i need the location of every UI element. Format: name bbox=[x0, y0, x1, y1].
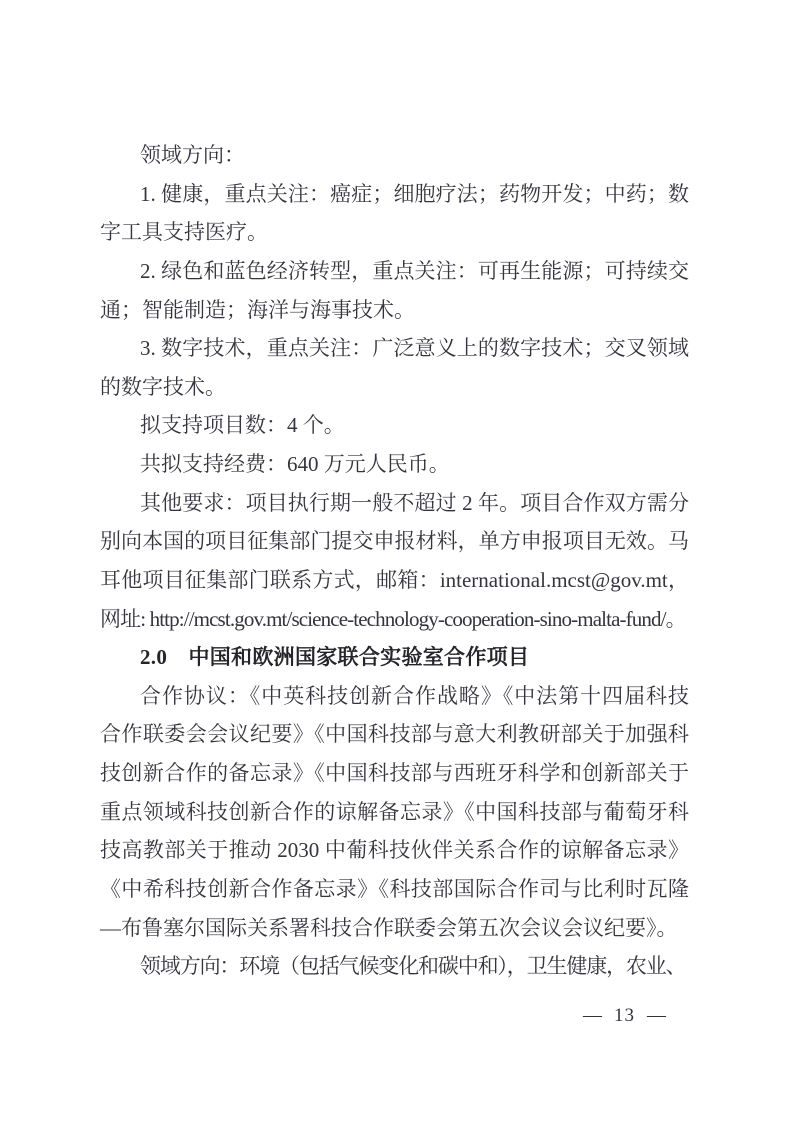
section-heading: 2.0 中国和欧洲国家联合实验室合作项目 bbox=[100, 638, 689, 677]
page-number-dash-left: — bbox=[583, 1003, 602, 1029]
text-line: 合作联委会会议纪要》《中国科技部与意大利教研部关于加强科 bbox=[100, 715, 689, 754]
paragraph: 合作协议：《中英科技创新合作战略》《中法第十四届科技合作联委会会议纪要》《中国科… bbox=[100, 677, 689, 947]
page-footer: — 13 — bbox=[583, 1003, 666, 1029]
text-line: 别向本国的项目征集部门提交申报材料，单方申报项目无效。马 bbox=[100, 522, 689, 561]
paragraph: 领域方向： bbox=[100, 136, 689, 175]
paragraph: 2. 绿色和蓝色经济转型，重点关注：可再生能源；可持续交通；智能制造；海洋与海事… bbox=[100, 252, 689, 329]
paragraph: 拟支持项目数：4 个。 bbox=[100, 406, 689, 445]
text-line: 共拟支持经费：640 万元人民币。 bbox=[100, 445, 689, 484]
paragraph: 领域方向：环境（包括气候变化和碳中和），卫生健康，农业、 bbox=[100, 947, 689, 986]
text-line: 耳他项目征集部门联系方式，邮箱：international.mcst@gov.m… bbox=[100, 561, 689, 600]
page-number: 13 bbox=[614, 1003, 635, 1029]
text-line: 3. 数字技术，重点关注：广泛意义上的数字技术；交叉领域 bbox=[100, 329, 689, 368]
text-line: 技创新合作的备忘录》《中国科技部与西班牙科学和创新部关于 bbox=[100, 754, 689, 793]
text-line: 2.0 中国和欧洲国家联合实验室合作项目 bbox=[100, 638, 689, 677]
text-line: 领域方向：环境（包括气候变化和碳中和），卫生健康，农业、 bbox=[100, 947, 689, 986]
text-line: 的数字技术。 bbox=[100, 368, 689, 407]
text-line: 重点领域科技创新合作的谅解备忘录》《中国科技部与葡萄牙科 bbox=[100, 793, 689, 832]
paragraph: 1. 健康，重点关注：癌症；细胞疗法；药物开发；中药；数字工具支持医疗。 bbox=[100, 175, 689, 252]
text-line: 通；智能制造；海洋与海事技术。 bbox=[100, 291, 689, 330]
paragraph: 其他要求：项目执行期一般不超过 2 年。项目合作双方需分别向本国的项目征集部门提… bbox=[100, 484, 689, 639]
text-line: 1. 健康，重点关注：癌症；细胞疗法；药物开发；中药；数 bbox=[100, 175, 689, 214]
text-line: 合作协议：《中英科技创新合作战略》《中法第十四届科技 bbox=[100, 677, 689, 716]
text-line: 领域方向： bbox=[100, 136, 689, 175]
text-line: —布鲁塞尔国际关系署科技合作联委会第五次会议会议纪要》。 bbox=[100, 909, 689, 948]
paragraph: 3. 数字技术，重点关注：广泛意义上的数字技术；交叉领域的数字技术。 bbox=[100, 329, 689, 406]
document-page: 领域方向：1. 健康，重点关注：癌症；细胞疗法；药物开发；中药；数字工具支持医疗… bbox=[0, 0, 794, 1123]
text-line: 《中希科技创新合作备忘录》《科技部国际合作司与比利时瓦隆 bbox=[100, 870, 689, 909]
text-line: 拟支持项目数：4 个。 bbox=[100, 406, 689, 445]
page-number-dash-right: — bbox=[647, 1003, 666, 1029]
text-line: 其他要求：项目执行期一般不超过 2 年。项目合作双方需分 bbox=[100, 484, 689, 523]
paragraph: 共拟支持经费：640 万元人民币。 bbox=[100, 445, 689, 484]
text-line: 技高教部关于推动 2030 中葡科技伙伴关系合作的谅解备忘录》 bbox=[100, 831, 689, 870]
text-line: 网址: http://mcst.gov.mt/science-technolog… bbox=[100, 600, 689, 639]
document-body: 领域方向：1. 健康，重点关注：癌症；细胞疗法；药物开发；中药；数字工具支持医疗… bbox=[100, 136, 689, 986]
text-line: 2. 绿色和蓝色经济转型，重点关注：可再生能源；可持续交 bbox=[100, 252, 689, 291]
text-line: 字工具支持医疗。 bbox=[100, 213, 689, 252]
